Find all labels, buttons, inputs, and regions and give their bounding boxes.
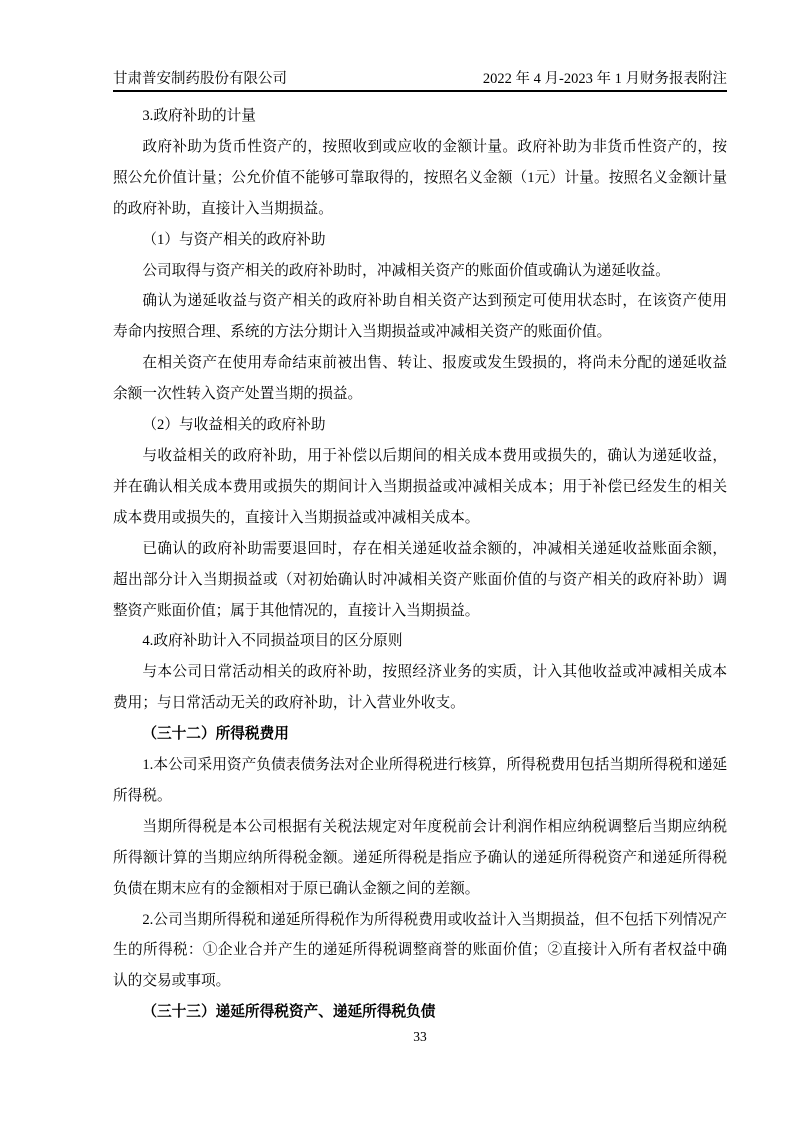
- document-body: 3.政府补助的计量 政府补助为货币性资产的，按照收到或应收的金额计量。政府补助为…: [113, 101, 727, 1028]
- header-report-title: 2022 年 4 月-2023 年 1 月财务报表附注: [483, 71, 727, 87]
- body-paragraph: 已确认的政府补助需要退回时，存在相关递延收益余额的，冲减相关递延收益账面余额，超…: [113, 534, 727, 627]
- document-page: 甘肃普安制药股份有限公司 2022 年 4 月-2023 年 1 月财务报表附注…: [0, 0, 793, 1122]
- page-header: 甘肃普安制药股份有限公司 2022 年 4 月-2023 年 1 月财务报表附注: [113, 71, 727, 92]
- heading-subsidy-pl-classification: 4.政府补助计入不同损益项目的区分原则: [113, 626, 727, 657]
- body-paragraph: 当期所得税是本公司根据有关税法规定对年度税前会计利润作相应纳税调整后当期应纳税所…: [113, 812, 727, 905]
- page-number: 33: [113, 1028, 727, 1046]
- body-paragraph: 确认为递延收益与资产相关的政府补助自相关资产达到预定可使用状态时，在该资产使用寿…: [113, 286, 727, 348]
- heading-govt-subsidy-measurement: 3.政府补助的计量: [113, 101, 727, 132]
- body-paragraph: 与收益相关的政府补助，用于补偿以后期间的相关成本费用或损失的，确认为递延收益，并…: [113, 441, 727, 534]
- body-paragraph: 与本公司日常活动相关的政府补助，按照经济业务的实质，计入其他收益或冲减相关成本费…: [113, 657, 727, 719]
- body-paragraph: 2.公司当期所得税和递延所得税作为所得税费用或收益计入当期损益，但不包括下列情况…: [113, 905, 727, 998]
- body-paragraph: 1.本公司采用资产负债表债务法对企业所得税进行核算，所得税费用包括当期所得税和递…: [113, 750, 727, 812]
- heading-income-related-subsidy: （2）与收益相关的政府补助: [113, 410, 727, 441]
- header-company-name: 甘肃普安制药股份有限公司: [113, 71, 287, 87]
- body-paragraph: 公司取得与资产相关的政府补助时，冲减相关资产的账面价值或确认为递延收益。: [113, 256, 727, 287]
- body-paragraph: 政府补助为货币性资产的，按照收到或应收的金额计量。政府补助为非货币性资产的，按照…: [113, 132, 727, 225]
- section-heading-deferred-tax: （三十三）递延所得税资产、递延所得税负债: [113, 997, 727, 1028]
- body-paragraph: 在相关资产在使用寿命结束前被出售、转让、报废或发生毁损的，将尚未分配的递延收益余…: [113, 348, 727, 410]
- section-heading-income-tax-expense: （三十二）所得税费用: [113, 719, 727, 750]
- heading-asset-related-subsidy: （1）与资产相关的政府补助: [113, 225, 727, 256]
